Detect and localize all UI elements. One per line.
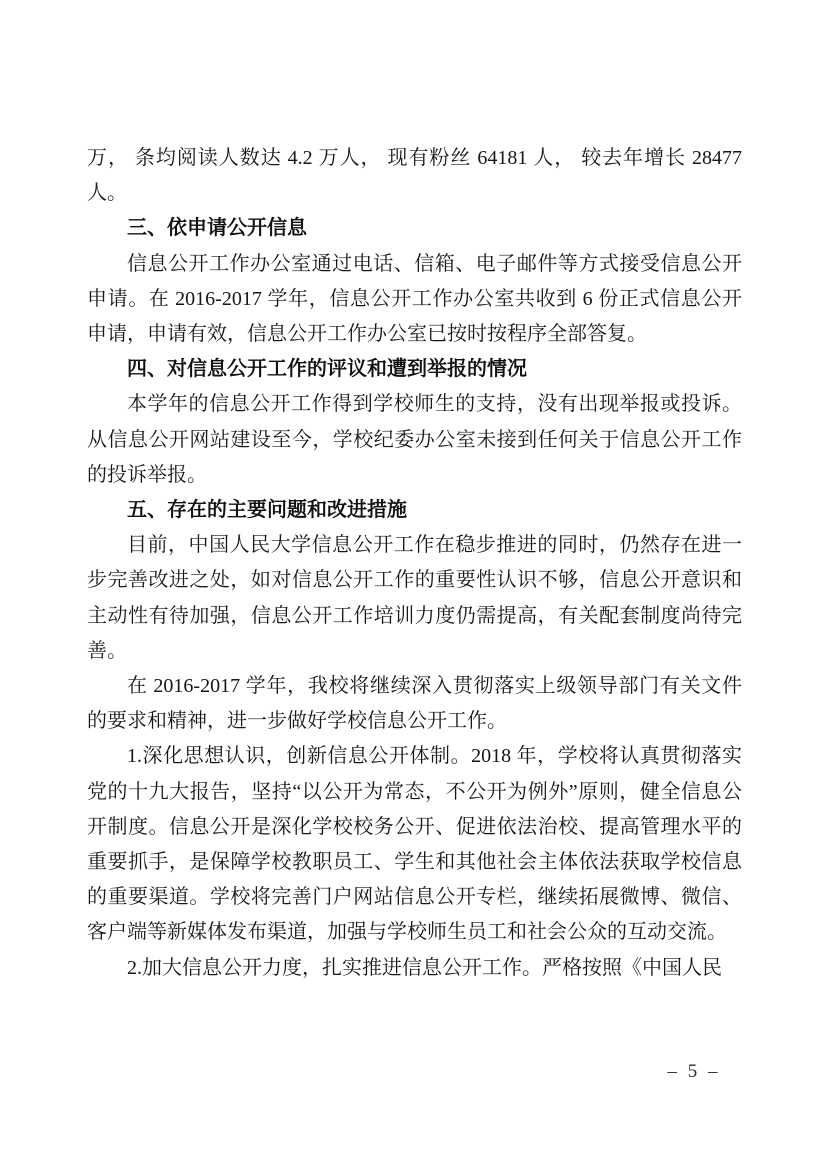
document-page: 万， 条均阅读人数达 4.2 万人， 现有粉丝 64181 人， 较去年增长 2… (0, 0, 827, 1170)
section-heading-5: 五、存在的主要问题和改进措施 (87, 493, 742, 528)
paragraph-continuation: 万， 条均阅读人数达 4.2 万人， 现有粉丝 64181 人， 较去年增长 2… (87, 141, 742, 211)
paragraph: 在 2016-2017 学年，我校将继续深入贯彻落实上级领导部门有关文件的要求和… (87, 669, 742, 739)
document-body: 万， 条均阅读人数达 4.2 万人， 现有粉丝 64181 人， 较去年增长 2… (87, 141, 742, 986)
paragraph: 信息公开工作办公室通过电话、信箱、电子邮件等方式接受信息公开申请。在 2016-… (87, 247, 742, 353)
paragraph: 目前，中国人民大学信息公开工作在稳步推进的同时，仍然存在进一步完善改进之处，如对… (87, 528, 742, 669)
paragraph: 1.深化思想认识，创新信息公开体制。2018 年，学校将认真贯彻落实党的十九大报… (87, 739, 742, 950)
paragraph: 本学年的信息公开工作得到学校师生的支持，没有出现举报或投诉。从信息公开网站建设至… (87, 387, 742, 493)
page-number: – 5 – (653, 1058, 735, 1086)
section-heading-3: 三、依申请公开信息 (87, 211, 742, 246)
paragraph: 2.加大信息公开力度，扎实推进信息公开工作。严格按照《中国人民 (87, 951, 742, 986)
section-heading-4: 四、对信息公开工作的评议和遭到举报的情况 (87, 352, 742, 387)
